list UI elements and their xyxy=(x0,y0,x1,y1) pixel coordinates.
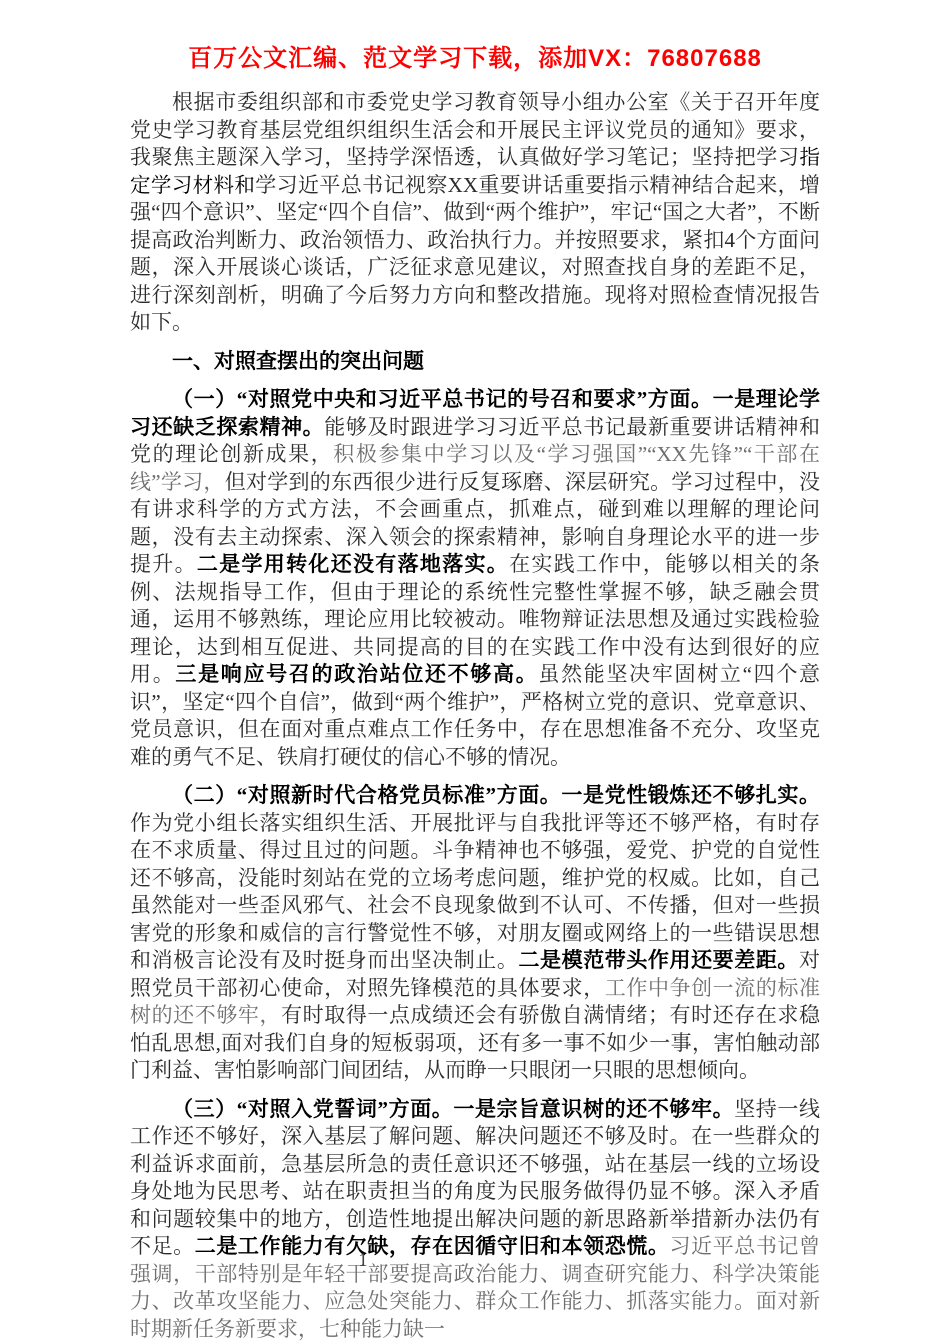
text-run-b: 一、对照查摆出的突出问题 xyxy=(172,349,424,373)
text-run-n: 根据市委组织部和市委党史学习教育领导小组办公室《关于召开年度党史学习教育基层党组… xyxy=(130,90,820,169)
paragraph-item-1: （一）“对照党中央和习近平总书记的号召和要求”方面。一是理论学习还缺乏探索精神。… xyxy=(130,386,820,771)
paragraph-item-2: （二）“对照新时代合格党员标准”方面。一是党性锻炼还不够扎实。作为党小组长落实组… xyxy=(130,782,820,1085)
text-run-b: 二是工作能力有欠缺，存在因循守旧和本领恐慌。 xyxy=(195,1234,670,1258)
document-page: 百万公文汇编、范文学习下载，添加VX：76807688 根据市委组织部和市委党史… xyxy=(0,0,950,1344)
text-run-b: 二是模范带头作用还要差距。 xyxy=(518,948,799,972)
page-number: 1 xyxy=(338,1250,388,1272)
text-run-b: （三）“对照入党誓词”方面。一是宗旨意识树的还不够牢。 xyxy=(172,1097,734,1121)
text-run-b: 二是学用转化还没有落地落实。 xyxy=(197,552,509,576)
text-run-b: （二）“对照新时代合格党员标准”方面。一是党性锻炼还不够扎实。 xyxy=(172,783,820,807)
document-body: 根据市委组织部和市委党史学习教育领导小组办公室《关于召开年度党史学习教育基层党组… xyxy=(130,89,820,1343)
section-heading-1: 一、对照查摆出的突出问题 xyxy=(130,348,820,376)
text-run-b: 三是响应号召的政治站位还不够高。 xyxy=(175,662,538,686)
paragraph-item-3: （三）“对照入党誓词”方面。一是宗旨意识树的还不够牢。坚持一线工作还不够好，深入… xyxy=(130,1096,820,1344)
intro-paragraph: 根据市委组织部和市委党史学习教育领导小组办公室《关于召开年度党史学习教育基层党组… xyxy=(130,89,820,337)
ad-banner-text: 百万公文汇编、范文学习下载，添加VX：76807688 xyxy=(110,38,840,73)
